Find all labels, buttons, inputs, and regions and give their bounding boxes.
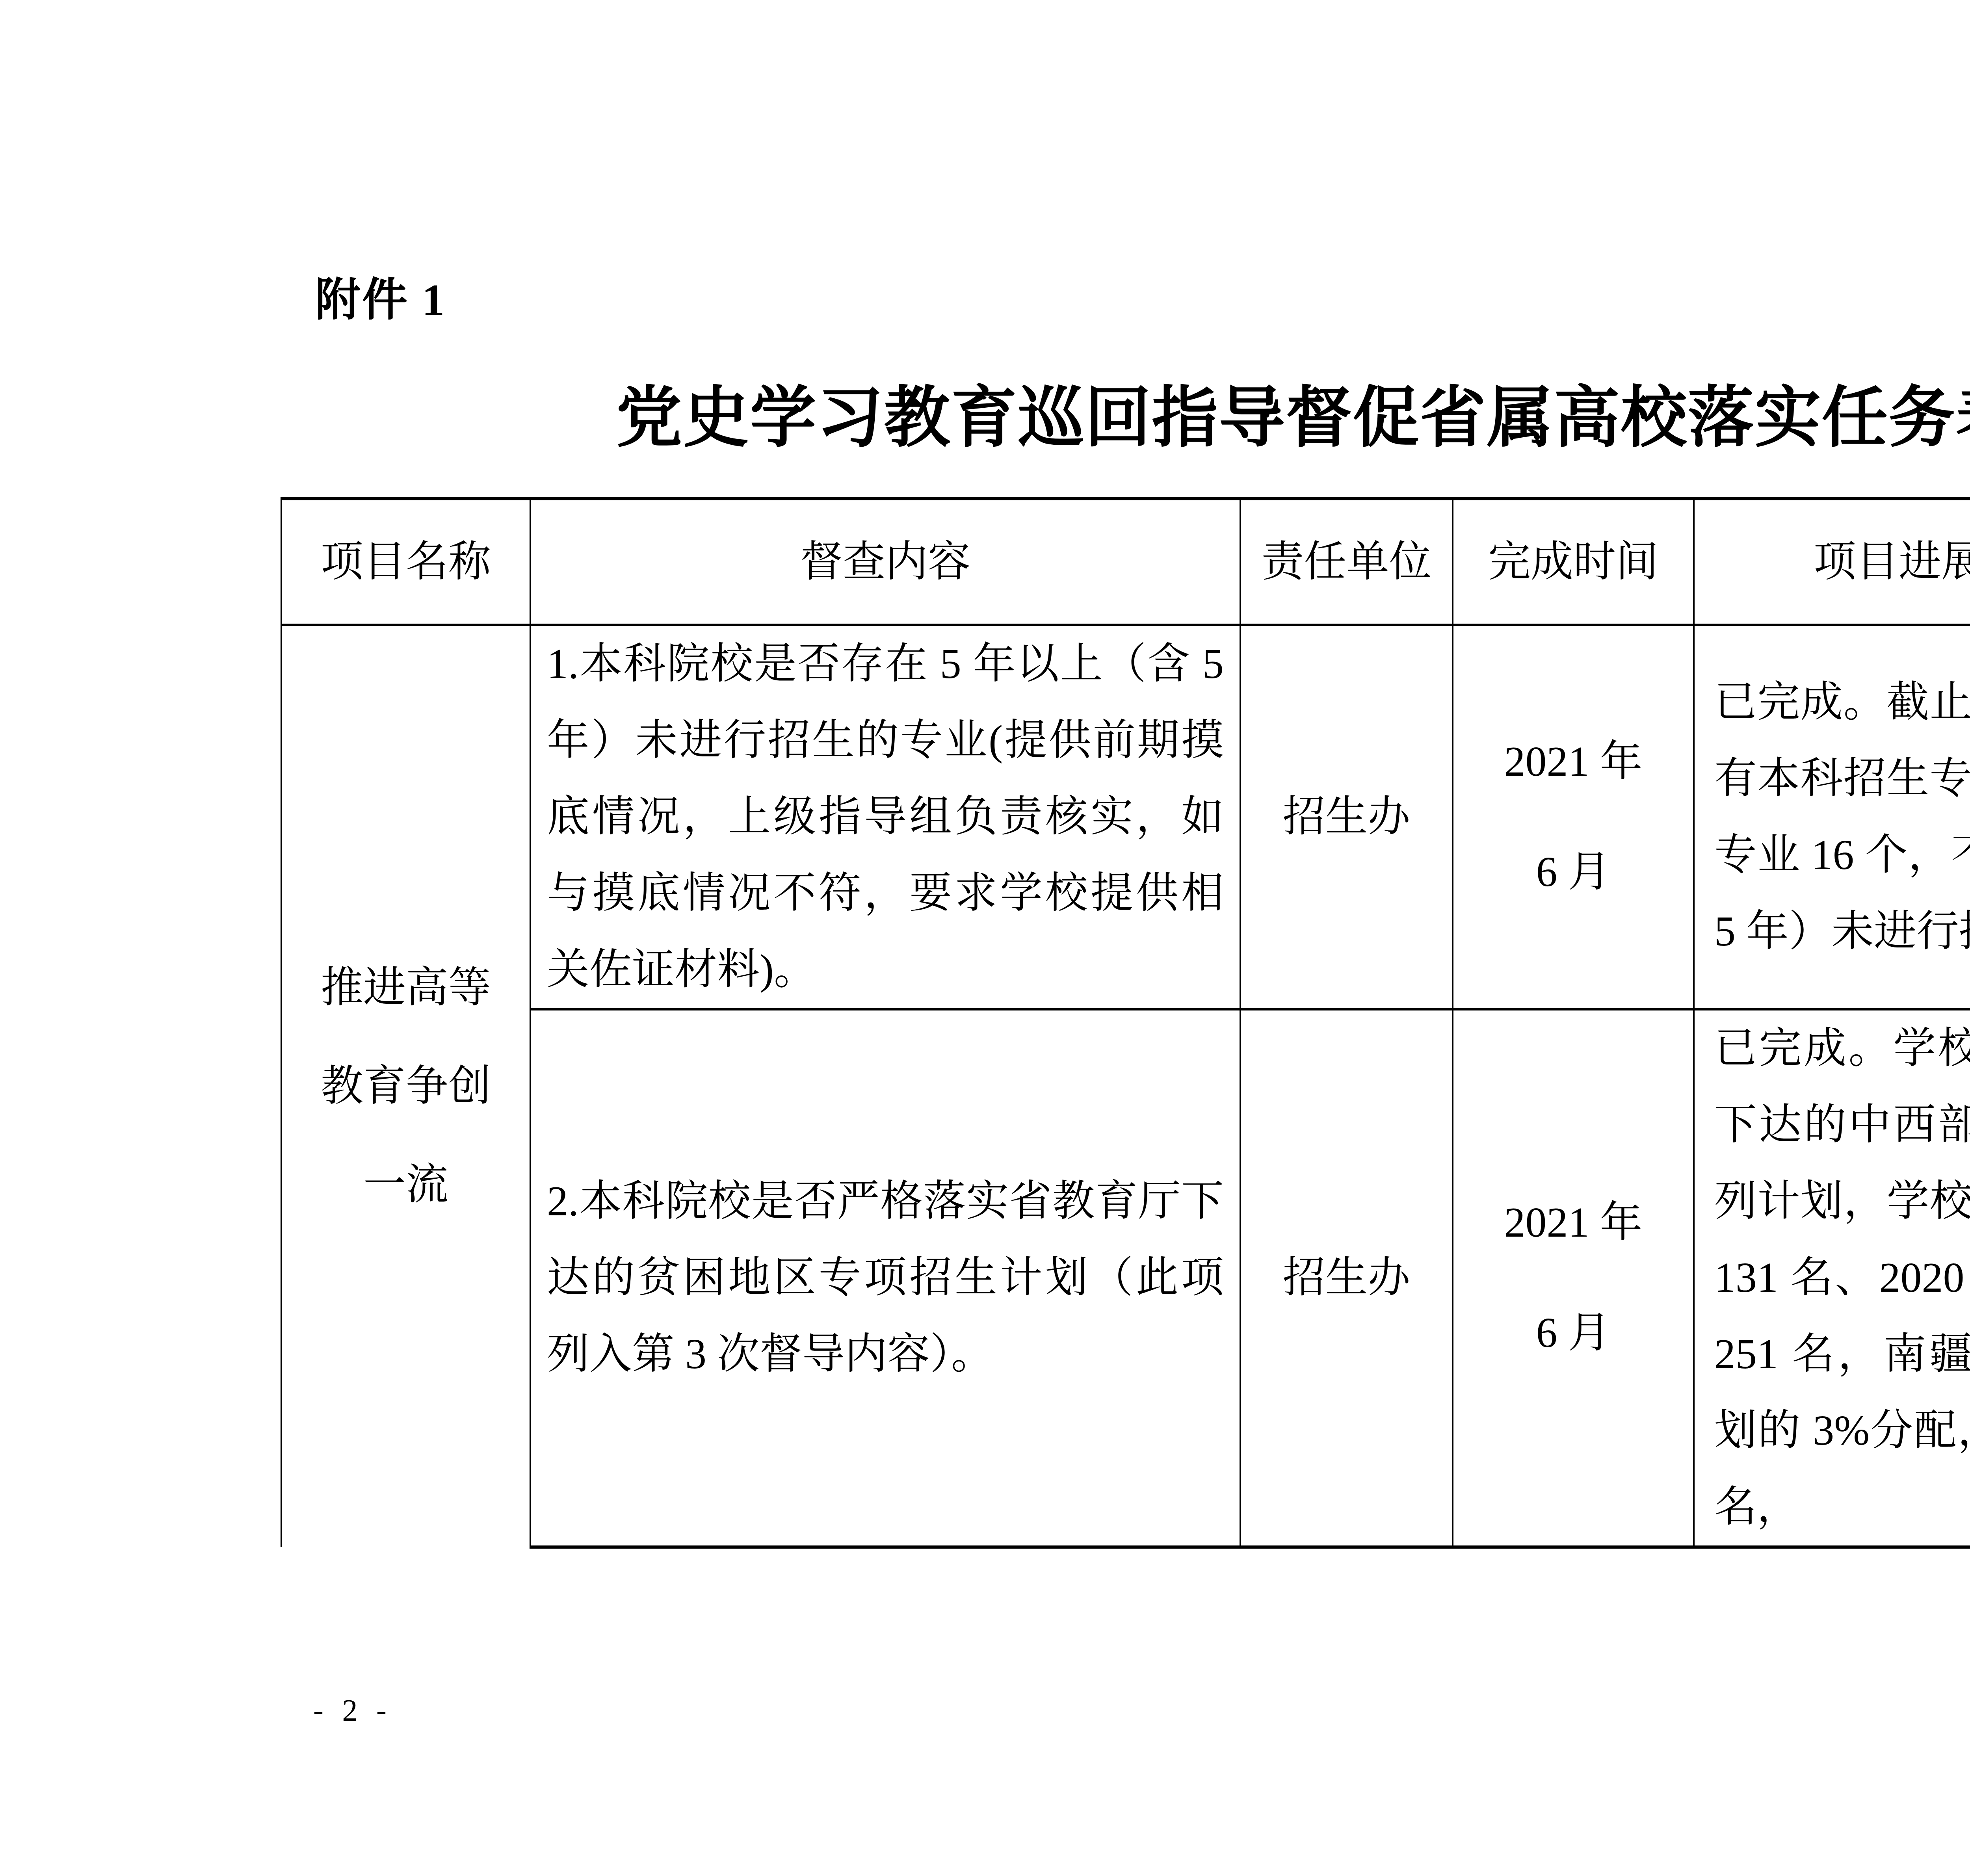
attachment-label: 附件 1 <box>315 263 446 328</box>
page-title: 党史学习教育巡回指导督促省属高校落实任务表 <box>281 365 1970 460</box>
cell-progress-info-1: 已完成。截止 2021 年 6 月，学校有本科招生专业 38 个，高职招生专业 … <box>1694 625 1970 1009</box>
col-header-responsible-unit: 责任单位 <box>1240 499 1453 625</box>
table-row: 2.本科院校是否严格落实省教育厅下达的贫困地区专项招生计划（此项列入第 3 次督… <box>281 1009 1970 1547</box>
task-table: 项目名称 督查内容 责任单位 完成时间 项目进展情况信息公开 推进高等 教育争创… <box>281 497 1970 1549</box>
document-page: 附件 1 党史学习教育巡回指导督促省属高校落实任务表 项目名称 督查内容 责任单… <box>0 0 1970 1876</box>
col-header-project-name: 项目名称 <box>281 499 530 625</box>
cell-progress-info-2: 已完成。学校严格落实省教育厅下达的中西部招生计划及南疆单列计划，学校中西部计划 … <box>1694 1009 1970 1547</box>
col-header-completion-time: 完成时间 <box>1453 499 1694 625</box>
col-header-progress-disclosure: 项目进展情况信息公开 <box>1694 499 1970 625</box>
cell-responsible-unit-2: 招生办 <box>1240 1009 1453 1547</box>
cell-completion-time-2: 2021 年 6 月 <box>1453 1009 1694 1547</box>
col-header-inspection-content: 督查内容 <box>530 499 1240 625</box>
page-number: - 2 - <box>313 1692 392 1728</box>
table-row: 推进高等 教育争创 一流 1.本科院校是否存在 5 年以上（含 5 年）未进行招… <box>281 625 1970 1009</box>
cell-responsible-unit-1: 招生办 <box>1240 625 1453 1009</box>
cell-inspection-content-2: 2.本科院校是否严格落实省教育厅下达的贫困地区专项招生计划（此项列入第 3 次督… <box>530 1009 1240 1547</box>
cell-completion-time-1: 2021 年 6 月 <box>1453 625 1694 1009</box>
table-header-row: 项目名称 督查内容 责任单位 完成时间 项目进展情况信息公开 <box>281 499 1970 625</box>
cell-project-name: 推进高等 教育争创 一流 <box>281 625 530 1547</box>
cell-inspection-content-1: 1.本科院校是否存在 5 年以上（含 5 年）未进行招生的专业(提供前期摸底情况… <box>530 625 1240 1009</box>
